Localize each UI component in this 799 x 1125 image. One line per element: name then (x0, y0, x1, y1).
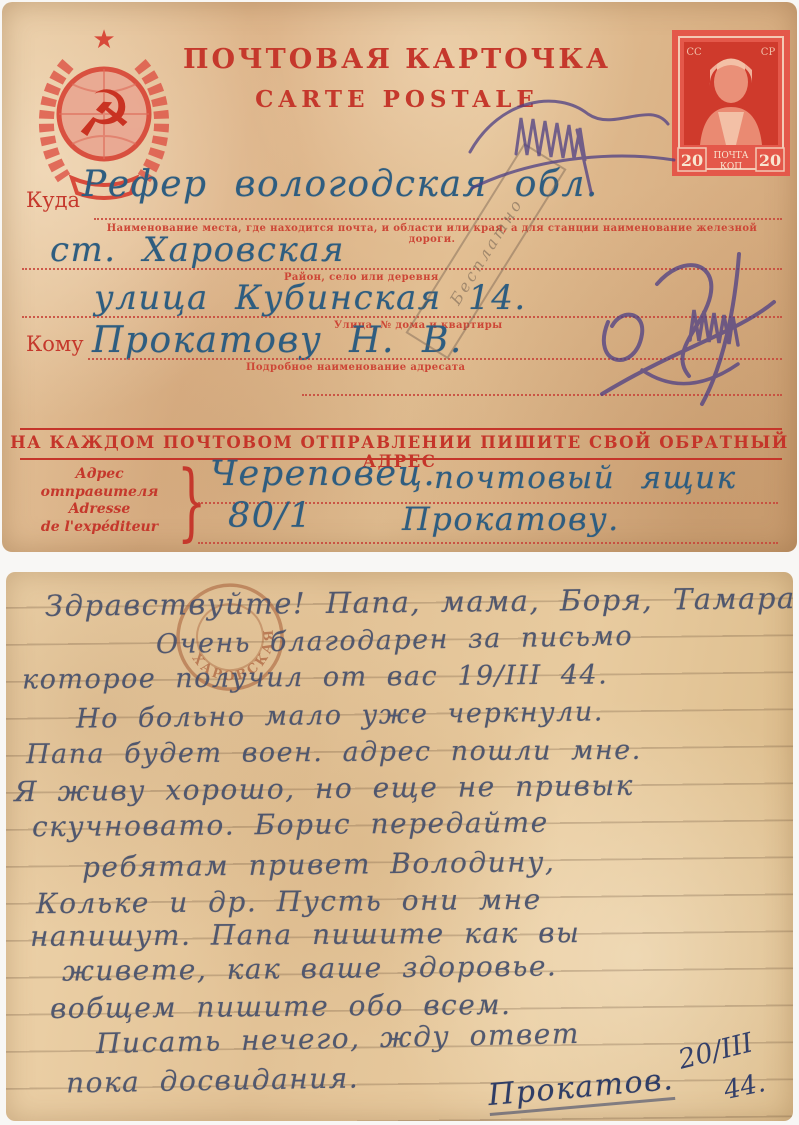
stamp-word-bottom: КОП (720, 162, 742, 172)
message-line: Кольке и др. Пусть они мне (36, 883, 542, 920)
handwritten-sender-city: Череповец. (210, 454, 436, 494)
message-line: пока досвидания. (66, 1061, 360, 1099)
stamp-country-right: СР (761, 47, 776, 58)
postcard-scan: ★ ☭ ПОЧТОВАЯ КАРТОЧКА CARTE POSTALE СС С… (0, 0, 799, 1125)
kuda-label: Куда (26, 188, 80, 212)
svg-text:★: ★ (92, 25, 115, 55)
postage-stamp: СС СР 20 20 ПОЧТА КОП (670, 28, 792, 178)
message-line: Папа будет воен. адрес пошли мне. (26, 735, 642, 770)
postcard-back: ХАРОВСКАЯ Здравствуйте! Папа, мама, Боря… (6, 572, 793, 1121)
komu-label: Кому (26, 332, 84, 356)
handwritten-sender-box: почтовый ящик (434, 460, 737, 496)
message-line: которое получил от вас 19/III 44. (22, 659, 608, 695)
handwritten-addressee: Прокатову Н. В. (92, 320, 463, 361)
komu-caption: Подробное наименование адресата (246, 362, 465, 373)
stamp-value-left: 20 (681, 151, 703, 170)
message-line: ребятам привет Володину, (82, 845, 556, 884)
stamp-word-top: ПОЧТА (713, 151, 748, 161)
card-subtitle: CARTE POSTALE (162, 86, 632, 113)
card-title: ПОЧТОВАЯ КАРТОЧКА (162, 44, 632, 75)
handwritten-sender-number: 80/1 (228, 496, 313, 536)
sender-brace: } (177, 452, 206, 550)
message-line: напишут. Папа пишите как вы (30, 916, 581, 953)
postcard-front: ★ ☭ ПОЧТОВАЯ КАРТОЧКА CARTE POSTALE СС С… (2, 2, 797, 552)
message-line: Я живу хорошо, но еще не привык (14, 769, 634, 808)
handwritten-station: ст. Харовская (50, 230, 345, 270)
message-line: скучновато. Борис передайте (32, 806, 549, 844)
message-line: живете, как ваше здоровье. (62, 949, 558, 987)
stamp-country-left: СС (686, 47, 702, 58)
handwritten-sender-name: Прокатову. (402, 500, 620, 538)
stamp-value-right: 20 (759, 151, 781, 170)
sender-label: Адрес отправителя Adresse de l'expéditeu… (32, 466, 167, 536)
svg-text:☭: ☭ (75, 78, 132, 152)
